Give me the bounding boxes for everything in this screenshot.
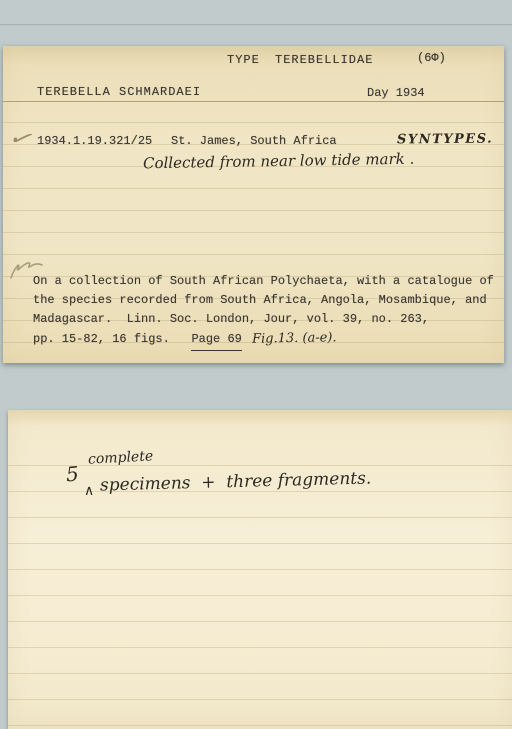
inserted-word: complete [88,448,154,467]
insertion-caret: ∧ [84,483,94,499]
reference-line: Madagascar. Linn. Soc. London, Jour, vol… [33,310,494,329]
reference-pages: pp. 15-82, 16 figs. [33,330,191,349]
card-number: (6Φ) [417,51,446,65]
specimen-count: 5 [65,462,79,487]
reference-citation: On a collection of South African Polycha… [33,272,494,351]
type-catalogue-card: TYPE TEREBELLIDAE (6Φ) TEREBELLA SCHMARD… [3,46,504,363]
page-reference: Page 69 [191,330,241,351]
collection-note: Collected from near low tide mark . [143,150,415,173]
locality: St. James, South Africa [171,134,337,148]
type-label: TYPE [227,53,260,67]
pencil-checkmark-icon: ✓ [6,124,34,152]
specimen-note: specimens + three fragments. [100,468,372,495]
author-year: Day 1934 [367,86,425,100]
photo-of-index-cards: TYPE TEREBELLIDAE (6Φ) TEREBELLA SCHMARD… [0,0,512,729]
specimen-count-card: 5 ∧ complete specimens + three fragments… [8,410,512,729]
status-annotation: SYNTYPES. [397,132,493,148]
reference-line-last: pp. 15-82, 16 figs. Page 69 Fig.13. (a-e… [33,329,494,351]
registration-number: 1934.1.19.321/25 [37,134,152,148]
reference-line: the species recorded from South Africa, … [33,291,494,310]
family-name: TEREBELLIDAE [275,53,373,67]
figure-reference: Fig.13. (a-e). [252,328,337,348]
header-rule [3,101,504,102]
background-seam [0,24,512,26]
species-name: TEREBELLA SCHMARDAEI [37,85,201,99]
reference-line: On a collection of South African Polycha… [33,272,494,291]
